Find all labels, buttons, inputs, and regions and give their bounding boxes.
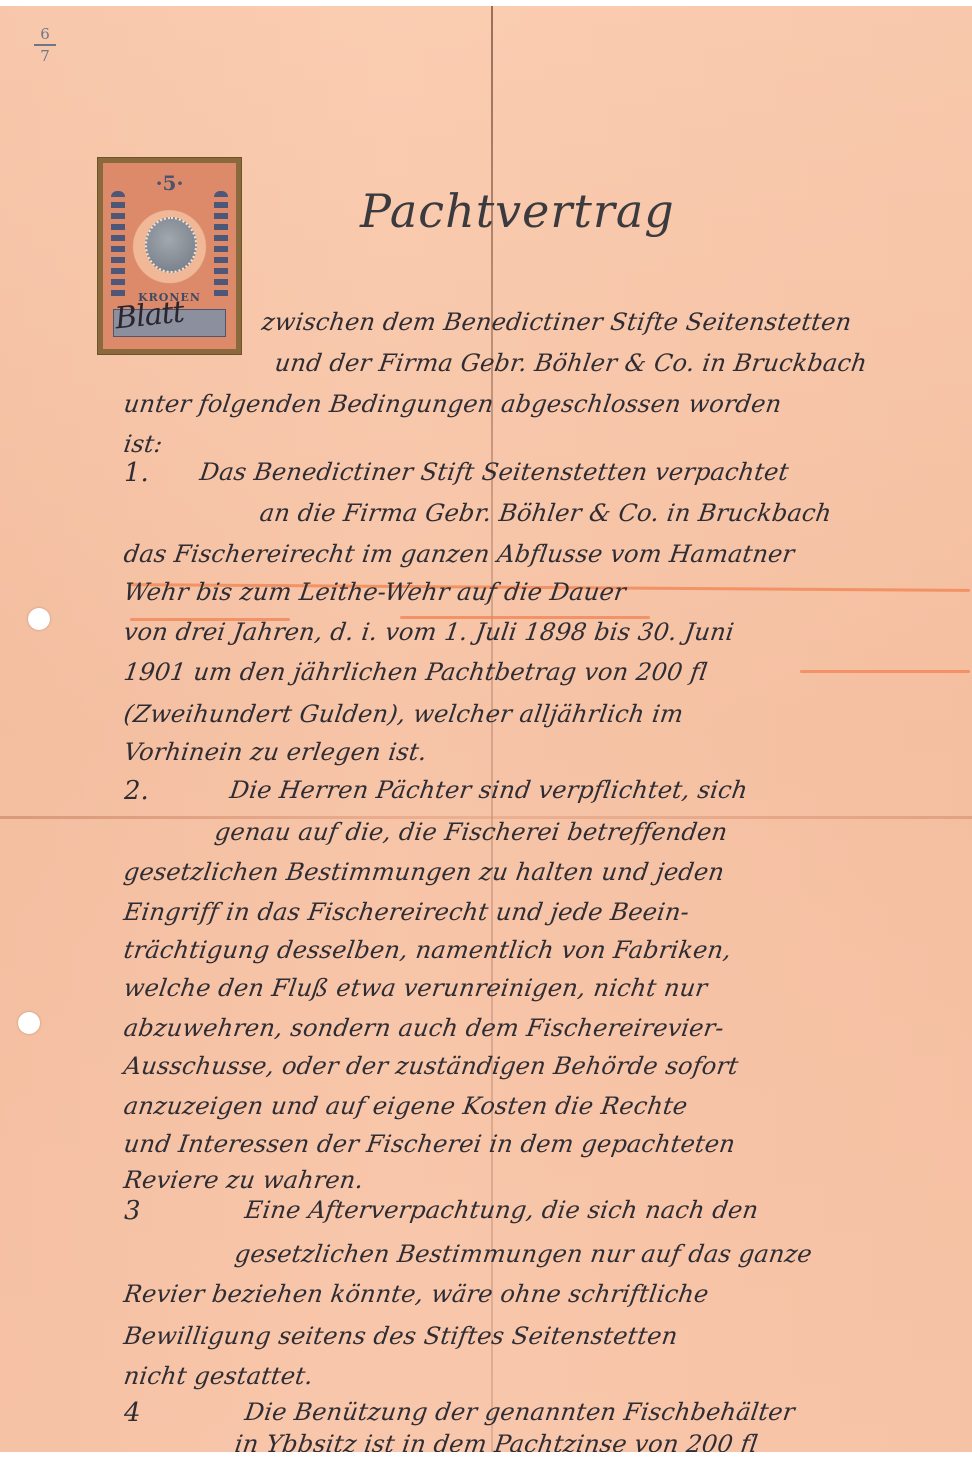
text-line: genau auf die, die Fischerei betreffende… bbox=[213, 818, 729, 846]
text-line: und Interessen der Fischerei in dem gepa… bbox=[122, 1130, 737, 1158]
text-line: anzuzeigen und auf eigene Kosten die Rec… bbox=[122, 1092, 689, 1120]
text-line: Das Benedictiner Stift Seitenstetten ver… bbox=[198, 458, 790, 486]
folio-divider bbox=[34, 44, 56, 46]
clause-number: 3 bbox=[124, 1196, 141, 1226]
text-line: (Zweihundert Gulden), welcher alljährlic… bbox=[122, 700, 685, 728]
text-line: gesetzlichen Bestimmungen zu halten und … bbox=[122, 858, 726, 886]
stamp-face: ·5· KRONEN Blatt bbox=[103, 163, 236, 349]
text-line: an die Firma Gebr. Böhler & Co. in Bruck… bbox=[258, 499, 833, 527]
text-line: Die Benützung der genannten Fischbehälte… bbox=[243, 1398, 797, 1426]
folio-number: 6 7 bbox=[34, 26, 56, 64]
text-line: ist: bbox=[122, 430, 164, 458]
text-line: zwischen dem Benedictiner Stifte Seitens… bbox=[260, 308, 853, 336]
text-line: abzuwehren, sondern auch dem Fischereire… bbox=[122, 1014, 726, 1042]
clause-number: 1. bbox=[124, 458, 149, 488]
text-line: in Ybbsitz ist in dem Pachtzinse von 200… bbox=[233, 1430, 760, 1452]
text-line: Revier beziehen könnte, wäre ohne schrif… bbox=[122, 1280, 710, 1308]
clause-number: 4 bbox=[124, 1398, 141, 1428]
document-title: Pachtvertrag bbox=[360, 184, 675, 238]
text-line: und der Firma Gebr. Böhler & Co. in Bruc… bbox=[273, 349, 869, 377]
text-line: unter folgenden Bedingungen abgeschlosse… bbox=[122, 390, 783, 418]
text-line: nicht gestattet. bbox=[122, 1362, 315, 1390]
stamp-value: ·5· bbox=[103, 171, 236, 195]
folio-bottom: 7 bbox=[34, 48, 56, 64]
stamp-ornament-left-icon bbox=[111, 191, 125, 301]
text-line: Ausschusse, oder der zuständigen Behörde… bbox=[122, 1052, 740, 1080]
text-line: das Fischereirecht im ganzen Abflusse vo… bbox=[122, 540, 796, 568]
stamp-cancellation-signature: Blatt bbox=[113, 295, 185, 337]
revenue-stamp: ·5· KRONEN Blatt bbox=[98, 158, 241, 354]
stamp-ornament-right-icon bbox=[214, 191, 228, 301]
text-line: Bewilligung seitens des Stiftes Seitenst… bbox=[122, 1322, 679, 1350]
text-line: von drei Jahren, d. i. vom 1. Juli 1898 … bbox=[122, 618, 736, 646]
text-line: Vorhinein zu erlegen ist. bbox=[122, 738, 429, 766]
text-line: welche den Fluß etwa verunreinigen, nich… bbox=[122, 974, 709, 1002]
clause-number: 2. bbox=[124, 776, 149, 806]
document-page: 6 7 ·5· KRONEN Blatt Pachtvertrag zwisch… bbox=[0, 6, 972, 1452]
text-line: gesetzlichen Bestimmungen nur auf das ga… bbox=[233, 1240, 814, 1268]
stamp-portrait-medallion-icon bbox=[145, 217, 197, 273]
punch-hole-upper bbox=[28, 608, 50, 630]
text-line: Die Herren Pächter sind verpflichtet, si… bbox=[228, 776, 749, 804]
text-line: Eingriff in das Fischereirecht und jede … bbox=[122, 898, 691, 926]
text-line: Wehr bis zum Leithe-Wehr auf die Dauer bbox=[122, 578, 628, 606]
text-line: Eine Afterverpachtung, die sich nach den bbox=[243, 1196, 760, 1224]
punch-hole-lower bbox=[18, 1012, 40, 1034]
text-line: trächtigung desselben, namentlich von Fa… bbox=[122, 936, 733, 964]
text-line: 1901 um den jährlichen Pachtbetrag von 2… bbox=[122, 658, 709, 686]
folio-top: 6 bbox=[34, 26, 56, 42]
highlight-underline-4 bbox=[800, 670, 970, 673]
text-line: Reviere zu wahren. bbox=[122, 1166, 365, 1194]
